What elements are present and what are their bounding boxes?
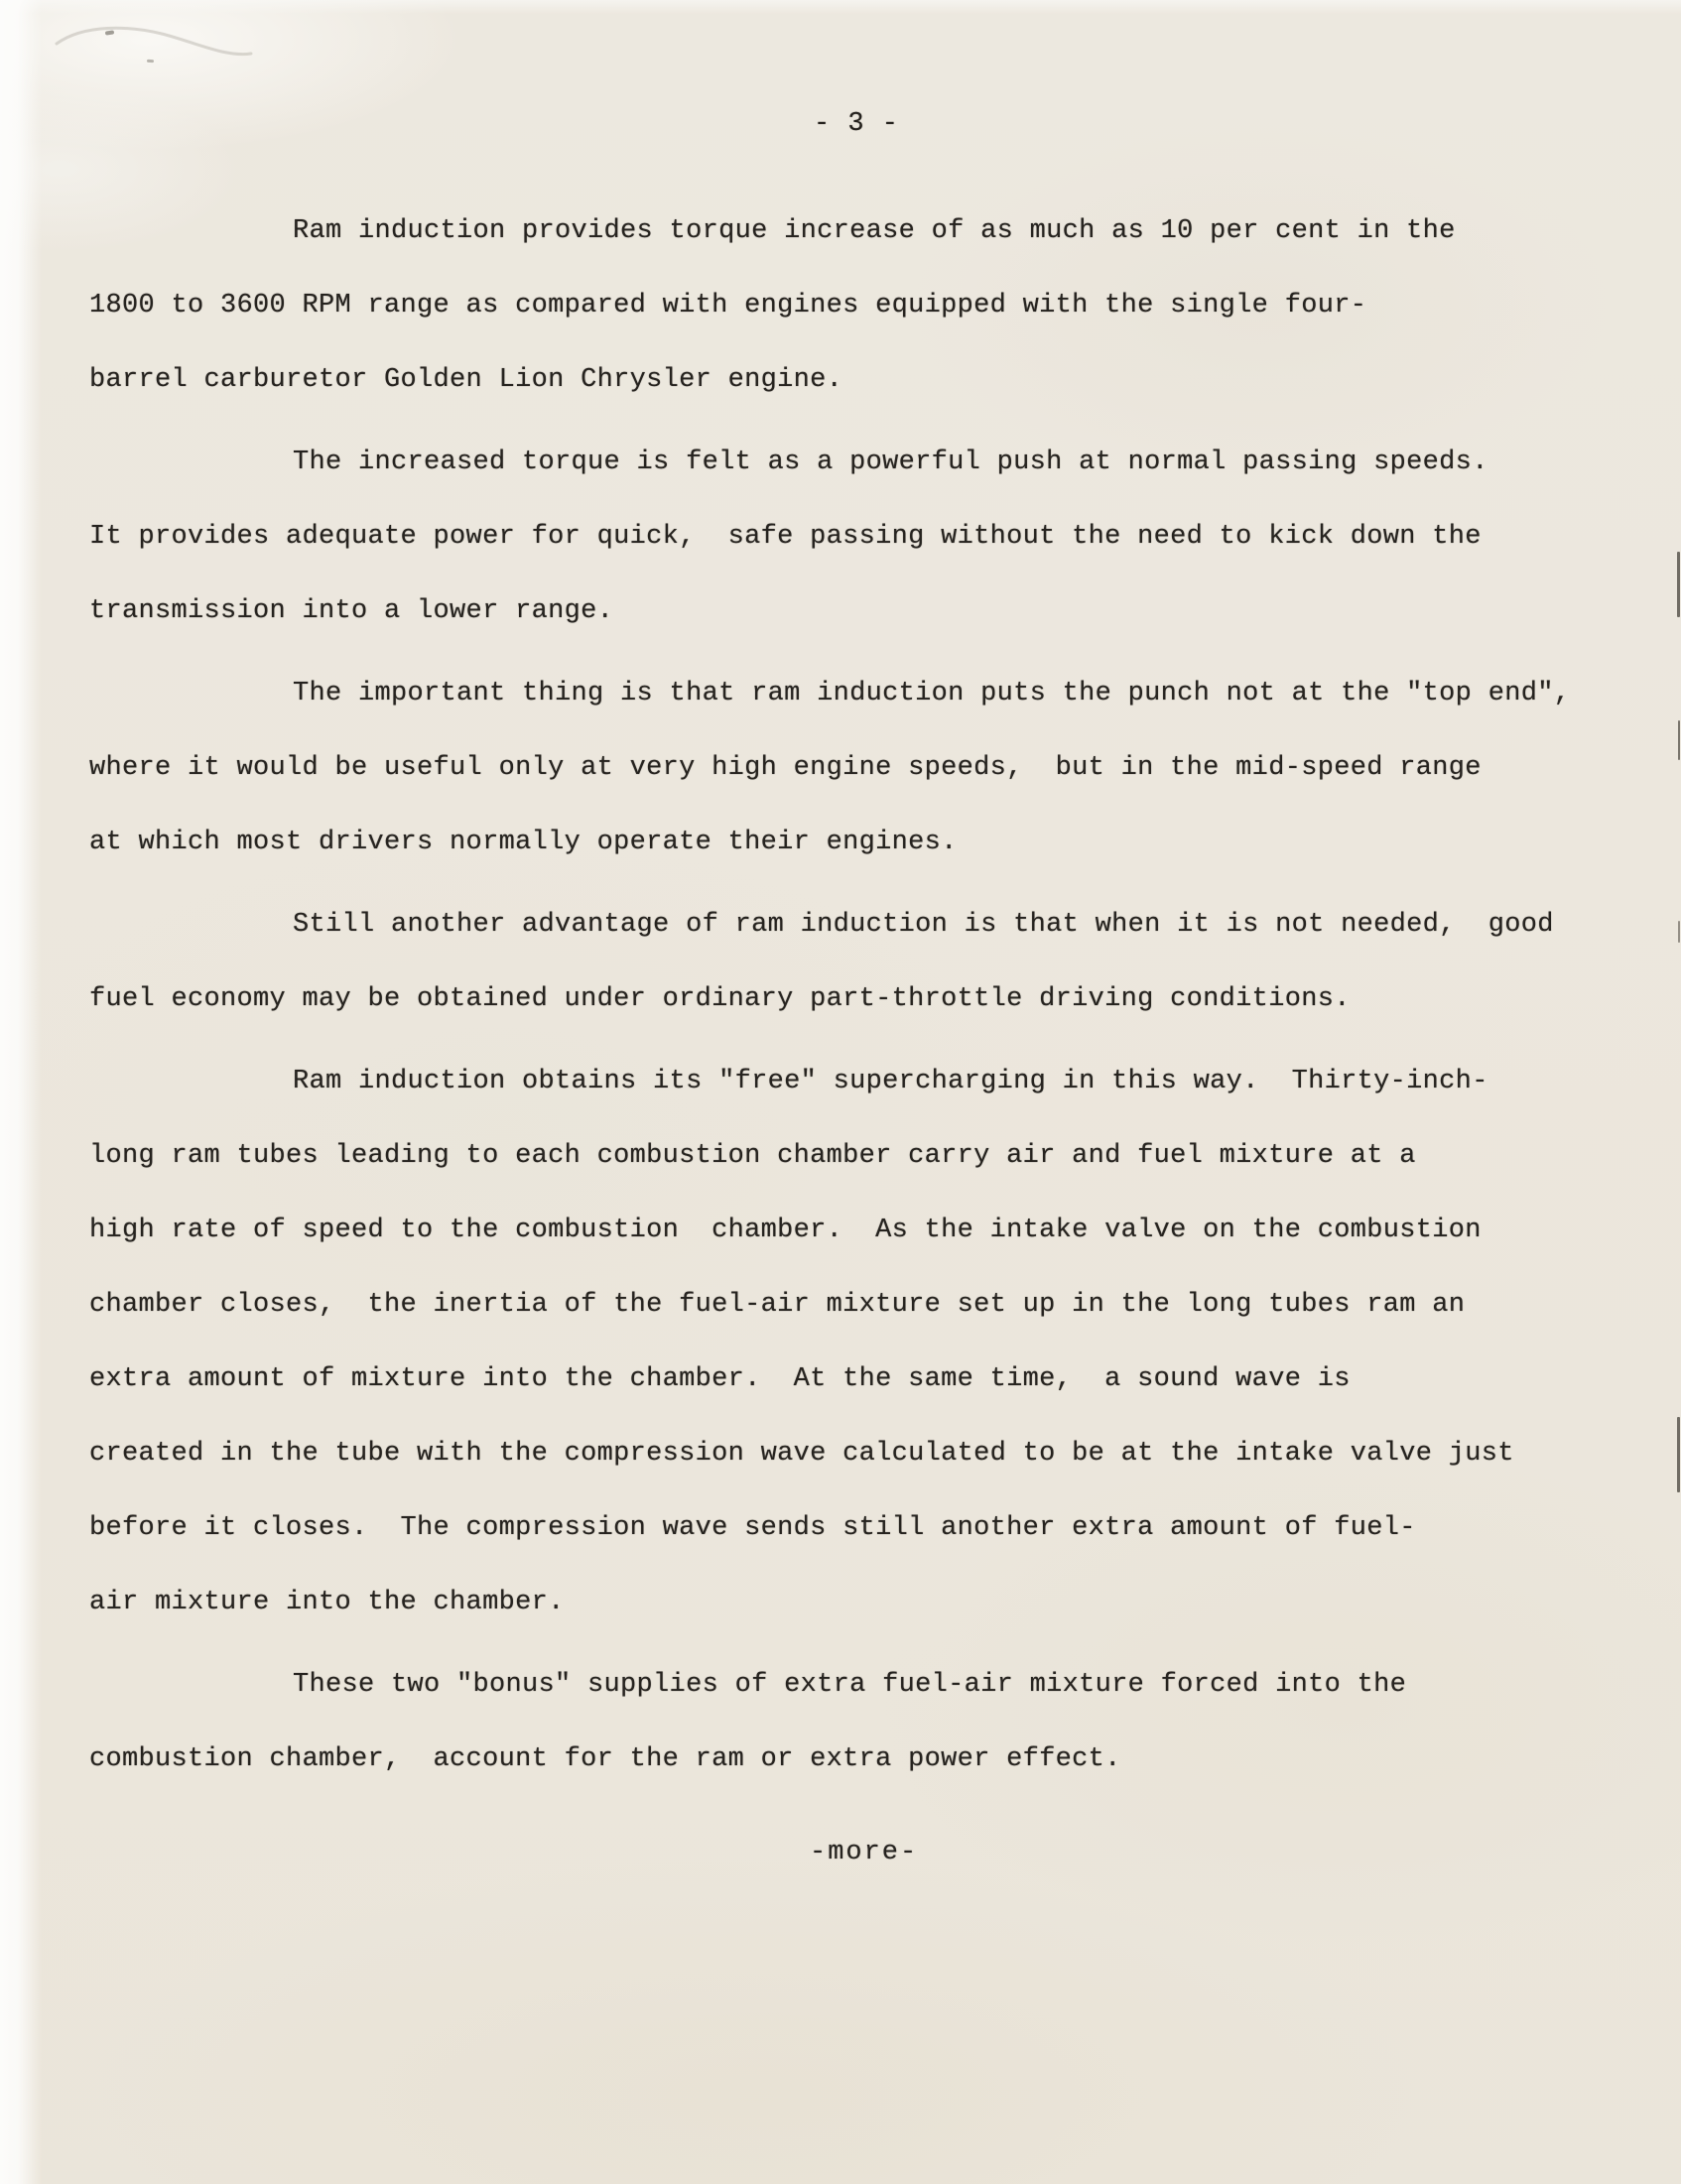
text-line: Ram induction obtains its "free" superch… [89, 1045, 1598, 1119]
paragraph: Still another advantage of ram induction… [89, 888, 1598, 1037]
text-line: fuel economy may be obtained under ordin… [89, 963, 1598, 1037]
scan-edge-artifact [1677, 552, 1680, 617]
paragraph: The increased torque is felt as a powerf… [89, 426, 1598, 649]
text-line: chamber closes, the inertia of the fuel-… [89, 1268, 1598, 1343]
ink-speck [147, 60, 154, 64]
scan-edge-artifact [1678, 921, 1680, 943]
document-body: Ram induction provides torque increase o… [89, 194, 1598, 1805]
paragraph: Ram induction obtains its "free" superch… [89, 1045, 1598, 1640]
scan-edge-artifact [1678, 720, 1680, 760]
paragraph: Ram induction provides torque increase o… [89, 194, 1598, 418]
text-line: It provides adequate power for quick, sa… [89, 500, 1598, 575]
text-line: Ram induction provides torque increase o… [89, 194, 1598, 269]
scanned-document-page: - 3 - Ram induction provides torque incr… [0, 0, 1681, 2184]
text-line: high rate of speed to the combustion cha… [89, 1194, 1598, 1268]
page-number: - 3 - [814, 109, 899, 139]
text-line: transmission into a lower range. [89, 575, 1598, 649]
text-line: barrel carburetor Golden Lion Chrysler e… [89, 343, 1598, 418]
text-line: These two "bonus" supplies of extra fuel… [89, 1648, 1598, 1723]
text-line: 1800 to 3600 RPM range as compared with … [89, 269, 1598, 343]
text-line: where it would be useful only at very hi… [89, 731, 1598, 806]
text-line: long ram tubes leading to each combustio… [89, 1119, 1598, 1194]
text-line: air mixture into the chamber. [89, 1566, 1598, 1640]
text-line: extra amount of mixture into the chamber… [89, 1343, 1598, 1417]
paragraph: The important thing is that ram inductio… [89, 657, 1598, 880]
text-line: at which most drivers normally operate t… [89, 806, 1598, 880]
scan-edge-artifact [1677, 1417, 1680, 1492]
pencil-scribble-icon [45, 14, 263, 83]
text-line: Still another advantage of ram induction… [89, 888, 1598, 963]
text-line: created in the tube with the compression… [89, 1417, 1598, 1491]
text-line: before it closes. The compression wave s… [89, 1491, 1598, 1566]
text-line: The increased torque is felt as a powerf… [89, 426, 1598, 500]
text-line: The important thing is that ram inductio… [89, 657, 1598, 731]
continuation-marker: -more- [810, 1838, 918, 1867]
paragraph: These two "bonus" supplies of extra fuel… [89, 1648, 1598, 1797]
text-line: combustion chamber, account for the ram … [89, 1723, 1598, 1797]
